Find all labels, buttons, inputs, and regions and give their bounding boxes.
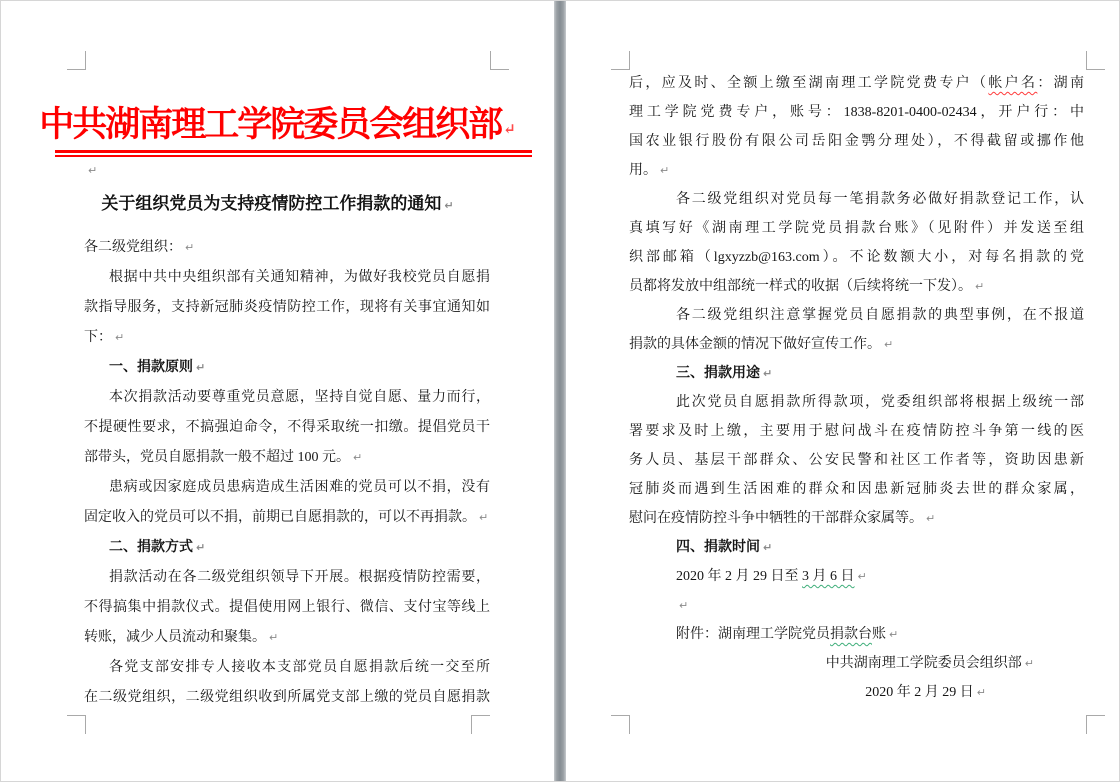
text-run: 本次捐款活动要尊重党员意愿，坚持自觉自愿、量力而行，: [109, 390, 490, 405]
text-line: 根据中共中央组织部有关通知精神，为做好我校党员自愿捐: [84, 263, 490, 293]
text-line: 2020 年 2 月 29 日至 3 月 6 日↵: [629, 562, 1084, 591]
text-line: 慰问在疫情防控斗争中牺牲的干部群众家属等。↵: [629, 504, 1084, 533]
text-line: 各二级党组织：↵: [84, 233, 490, 263]
text-line: 固定收入的党员可以不捐，前期已自愿捐款的，可以不再捐款。↵: [84, 503, 490, 533]
text-line: 患病或因家庭成员患病造成生活困难的党员可以不捐，没有: [84, 473, 490, 503]
text-run: ：湖南: [1037, 76, 1084, 91]
paragraph-mark-icon: ↵: [115, 331, 124, 344]
text-line: 一、捐款原则↵: [84, 353, 490, 383]
text-run: 附件：湖南理工学院党员: [676, 627, 830, 642]
paragraph-mark-icon: ↵: [196, 361, 205, 374]
text-line: 理工学院党费专户，账号：1838-8201-0400-02434，开户行：中: [629, 98, 1084, 127]
proofing-flagged-text: 捐款台: [830, 627, 872, 642]
text-line: 三、捐款用途↵: [629, 359, 1084, 388]
text-run: 根据中共中央组织部有关通知精神，为做好我校党员自愿捐: [109, 270, 490, 285]
page-corner-mark: [490, 51, 509, 70]
text-run: 捐款的具体金额的情况下做好宣传工作。: [629, 337, 881, 352]
text-run: 一、捐款原则: [109, 360, 193, 375]
letterhead-text: 中共湖南理工学院委员会组织部: [39, 105, 501, 144]
page-2: 后，应及时、全额上缴至湖南理工学院党费专户（帐户名：湖南理工学院党费专户，账号：…: [566, 1, 1120, 782]
document-title-text: 关于组织党员为支持疫情防控工作捐款的通知: [101, 194, 441, 213]
text-line: 二、捐款方式↵: [84, 533, 490, 563]
paragraph-mark-icon: ↵: [196, 541, 205, 554]
text-run: 在二级党组织，二级党组织收到所属党支部上缴的党员自愿捐款: [84, 690, 490, 705]
text-line: 员都将发放中组部统一样式的收据（后续将统一下发）。↵: [629, 272, 1084, 301]
page-corner-mark: [611, 51, 630, 70]
text-line: 部带头，党员自愿捐款一般不超过 100 元。↵: [84, 443, 490, 473]
text-run: 下：: [84, 330, 112, 345]
text-run: 冠肺炎而遇到生活困难的群众和因患新冠肺炎去世的群众家属，: [629, 482, 1084, 497]
paragraph-mark-icon: ↵: [444, 199, 453, 212]
text-line: 真填写好《湖南理工学院党员捐款台账》（见附件）并发送至组: [629, 214, 1084, 243]
letterhead-double-rule: [55, 150, 532, 157]
paragraph-mark-icon: ↵: [926, 512, 935, 525]
text-run: 织部邮箱（lgxyzzb@163.com）。不论数额大小，对每名捐款的党: [629, 250, 1084, 265]
text-run: 捐款活动在各二级党组织领导下开展。根据疫情防控需要，: [109, 570, 490, 585]
text-line: 署要求及时上缴，主要用于慰问战斗在疫情防控斗争第一线的医: [629, 417, 1084, 446]
text-run: 2020 年 2 月 29 日: [865, 685, 974, 700]
text-line: 2020 年 2 月 29 日↵: [629, 678, 1084, 707]
paragraph-mark-icon: ↵: [975, 280, 984, 293]
text-line: 织部邮箱（lgxyzzb@163.com）。不论数额大小，对每名捐款的党: [629, 243, 1084, 272]
text-line: 附件：湖南理工学院党员捐款台账↵: [629, 620, 1084, 649]
paragraph-mark-icon: ↵: [884, 338, 893, 351]
text-run: 不提硬性要求，不搞强迫命令，不得采取统一扣缴。提倡党员干: [84, 420, 490, 435]
text-run: 款指导服务，支持新冠肺炎疫情防控工作，现将有关事宜通知如: [84, 300, 490, 315]
paragraph-mark-icon: ↵: [88, 164, 97, 177]
text-run: 务人员、基层干部群众、公安民警和社区工作者等，资助因患新: [629, 453, 1084, 468]
letterhead: 中共湖南理工学院委员会组织部↵: [1, 101, 554, 149]
text-line: ↵: [629, 591, 1084, 620]
text-run: 三、捐款用途: [676, 366, 760, 381]
text-run: 理工学院党费专户，账号：1838-8201-0400-02434，开户行：中: [629, 105, 1084, 120]
text-run: 此次党员自愿捐款所得款项，党委组织部将根据上级统一部: [676, 395, 1084, 410]
text-line: 不提硬性要求，不搞强迫命令，不得采取统一扣缴。提倡党员干: [84, 413, 490, 443]
body-text-page-2: 后，应及时、全额上缴至湖南理工学院党费专户（帐户名：湖南理工学院党费专户，账号：…: [629, 69, 1084, 707]
paragraph-mark-icon: ↵: [679, 599, 688, 612]
text-run: 员都将发放中组部统一样式的收据（后续将统一下发）。: [629, 279, 972, 294]
paragraph-mark-icon: ↵: [479, 511, 488, 524]
text-line: 各二级党组织注意掌握党员自愿捐款的典型事例，在不报道: [629, 301, 1084, 330]
text-line: 在二级党组织，二级党组织收到所属党支部上缴的党员自愿捐款: [84, 683, 490, 713]
text-line: 捐款的具体金额的情况下做好宣传工作。↵: [629, 330, 1084, 359]
paragraph-mark-icon: ↵: [763, 541, 772, 554]
paragraph-mark-icon: ↵: [269, 631, 278, 644]
text-run: 中共湖南理工学院委员会组织部: [826, 656, 1022, 671]
page-corner-mark: [1086, 51, 1105, 70]
page-1: 中共湖南理工学院委员会组织部↵ ↵ 关于组织党员为支持疫情防控工作捐款的通知↵ …: [1, 1, 554, 782]
text-line: 此次党员自愿捐款所得款项，党委组织部将根据上级统一部: [629, 388, 1084, 417]
page-corner-mark: [611, 715, 630, 734]
text-line: 国农业银行股份有限公司岳阳金鹗分理处），不得截留或挪作他: [629, 127, 1084, 156]
text-run: 后，应及时、全额上缴至湖南理工学院党费专户（: [629, 76, 988, 91]
paragraph-mark-icon: ↵: [660, 164, 669, 177]
text-line: 转账，减少人员流动和聚集。↵: [84, 623, 490, 653]
text-line: 四、捐款时间↵: [629, 533, 1084, 562]
text-run: 署要求及时上缴，主要用于慰问战斗在疫情防控斗争第一线的医: [629, 424, 1084, 439]
text-run: 用。: [629, 163, 657, 178]
page-corner-mark: [67, 715, 86, 734]
text-run: 患病或因家庭成员患病造成生活困难的党员可以不捐，没有: [109, 480, 490, 495]
paragraph-mark-icon: ↵: [185, 241, 194, 254]
text-run: 转账，减少人员流动和聚集。: [84, 630, 266, 645]
text-run: 四、捐款时间: [676, 540, 760, 555]
text-run: 部带头，党员自愿捐款一般不超过 100 元。: [84, 450, 350, 465]
text-line: 捐款活动在各二级党组织领导下开展。根据疫情防控需要，: [84, 563, 490, 593]
text-line: 本次捐款活动要尊重党员意愿，坚持自觉自愿、量力而行，: [84, 383, 490, 413]
text-run: 固定收入的党员可以不捐，前期已自愿捐款的，可以不再捐款。: [84, 510, 476, 525]
text-run: 2020 年 2 月 29 日至: [676, 569, 802, 584]
text-line: 下：↵: [84, 323, 490, 353]
text-line: 务人员、基层干部群众、公安民警和社区工作者等，资助因患新: [629, 446, 1084, 475]
text-run: 国农业银行股份有限公司岳阳金鹗分理处），不得截留或挪作他: [629, 134, 1084, 149]
page-corner-mark: [1086, 715, 1105, 734]
text-line: 冠肺炎而遇到生活困难的群众和因患新冠肺炎去世的群众家属，: [629, 475, 1084, 504]
text-line: 各党支部安排专人接收本支部党员自愿捐款后统一交至所: [84, 653, 490, 683]
text-line: 各二级党组织对党员每一笔捐款务必做好捐款登记工作，认: [629, 185, 1084, 214]
proofing-flagged-text: 3 月 6 日: [802, 569, 855, 584]
paragraph-mark-icon: ↵: [763, 367, 772, 380]
text-run: 不得搞集中捐款仪式。提倡使用网上银行、微信、支付宝等线上: [84, 600, 490, 615]
paragraph-mark-icon: ↵: [1025, 657, 1034, 670]
text-run: 各二级党组织对党员每一笔捐款务必做好捐款登记工作，认: [676, 192, 1084, 207]
page-corner-mark: [471, 715, 490, 734]
document-title: 关于组织党员为支持疫情防控工作捐款的通知↵: [1, 192, 554, 216]
paragraph-mark-icon: ↵: [977, 686, 986, 699]
text-line: 后，应及时、全额上缴至湖南理工学院党费专户（帐户名：湖南: [629, 69, 1084, 98]
paragraph-mark-icon: ↵: [353, 451, 362, 464]
document-viewer: { "colors": { "letterhead_red": "#ff0000…: [0, 0, 1120, 782]
text-run: 各二级党组织：: [84, 240, 182, 255]
text-run: 各二级党组织注意掌握党员自愿捐款的典型事例，在不报道: [676, 308, 1084, 323]
page-corner-mark: [67, 51, 86, 70]
page-divider: [554, 1, 566, 782]
text-line: 用。↵: [629, 156, 1084, 185]
text-line: 中共湖南理工学院委员会组织部↵: [629, 649, 1084, 678]
text-run: 账: [872, 627, 886, 642]
text-run: 真填写好《湖南理工学院党员捐款台账》（见附件）并发送至组: [629, 221, 1084, 236]
text-run: 慰问在疫情防控斗争中牺牲的干部群众家属等。: [629, 511, 923, 526]
paragraph-mark-icon: ↵: [889, 628, 898, 641]
proofing-flagged-text: 帐户名: [988, 76, 1037, 91]
paragraph-mark-icon: ↵: [503, 122, 516, 138]
text-line: 不得搞集中捐款仪式。提倡使用网上银行、微信、支付宝等线上: [84, 593, 490, 623]
text-run: 二、捐款方式: [109, 540, 193, 555]
body-text-page-1: 各二级党组织：↵根据中共中央组织部有关通知精神，为做好我校党员自愿捐款指导服务，…: [84, 233, 490, 713]
text-run: 各党支部安排专人接收本支部党员自愿捐款后统一交至所: [109, 660, 490, 675]
paragraph-mark-icon: ↵: [858, 570, 867, 583]
empty-line: ↵: [85, 158, 97, 182]
text-line: 款指导服务，支持新冠肺炎疫情防控工作，现将有关事宜通知如: [84, 293, 490, 323]
